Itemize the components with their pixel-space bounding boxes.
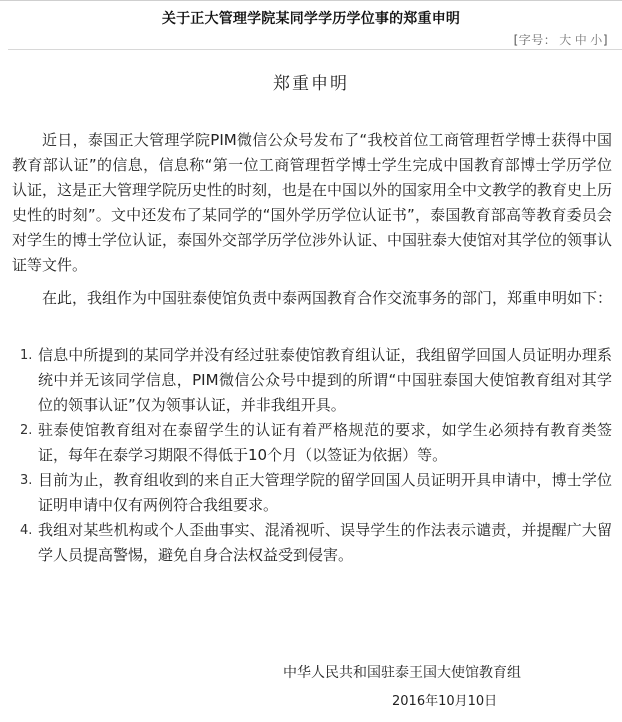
font-size-small-button[interactable]: 小 xyxy=(590,33,603,47)
declaration-text: 目前为止，教育组收到的来自正大管理学院的留学回国人员证明开具申请中，博士学位证明… xyxy=(38,471,612,514)
top-divider xyxy=(0,0,622,1)
declaration-text: 驻泰使馆教育组对在泰留学生的认证有着严格规范的要求，如学生必须持有教育类签证，每… xyxy=(38,421,612,464)
header-divider xyxy=(8,49,622,50)
declaration-item: 3. 目前为止，教育组收到的来自正大管理学院的留学回国人员证明开具申请中，博士学… xyxy=(20,468,612,518)
declaration-number: 4. xyxy=(20,518,32,543)
intro-paragraph: 近日，泰国正大管理学院PIM微信公众号发布了“我校首位工商管理哲学博士获得中国教… xyxy=(12,128,612,278)
font-size-control: [字号：大中小] xyxy=(514,31,608,48)
signature-organization: 中华人民共和国驻泰王国大使馆教育组 xyxy=(283,662,521,682)
font-size-label: 字号： xyxy=(519,33,557,47)
font-size-large-button[interactable]: 大 xyxy=(559,33,572,47)
declaration-text: 我组对某些机构或个人歪曲事实、混淆视听、误导学生的作法表示谴责，并提醒广大留学人… xyxy=(38,521,612,564)
article-title: 关于正大管理学院某同学学历学位事的郑重申明 xyxy=(0,8,622,28)
declaration-number: 3. xyxy=(20,468,32,493)
signature-date: 2016年10月10日 xyxy=(392,690,497,709)
font-size-close-bracket: ] xyxy=(603,33,608,47)
font-size-medium-button[interactable]: 中 xyxy=(575,33,588,47)
declaration-item: 4. 我组对某些机构或个人歪曲事实、混淆视听、误导学生的作法表示谴责，并提醒广大… xyxy=(20,518,612,568)
statement-intro-paragraph: 在此，我组作为中国驻泰使馆负责中泰两国教育合作交流事务的部门，郑重申明如下： xyxy=(12,286,612,311)
declaration-number: 2. xyxy=(20,418,32,443)
declaration-list: 1. 信息中所提到的某同学并没有经过驻泰使馆教育组认证，我组留学回国人员证明办理… xyxy=(20,343,612,568)
declaration-item: 2. 驻泰使馆教育组对在泰留学生的认证有着严格规范的要求，如学生必须持有教育类签… xyxy=(20,418,612,468)
declaration-number: 1. xyxy=(20,343,32,368)
document-heading: 郑重申明 xyxy=(0,69,622,94)
declaration-item: 1. 信息中所提到的某同学并没有经过驻泰使馆教育组认证，我组留学回国人员证明办理… xyxy=(20,343,612,418)
declaration-text: 信息中所提到的某同学并没有经过驻泰使馆教育组认证，我组留学回国人员证明办理系统中… xyxy=(38,346,612,414)
